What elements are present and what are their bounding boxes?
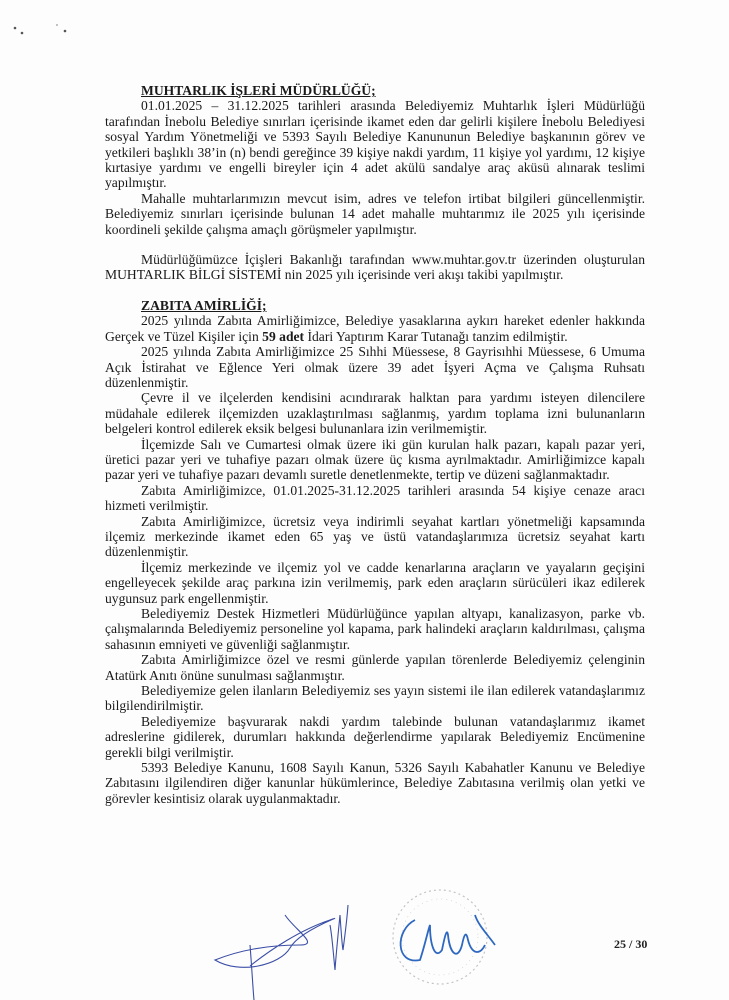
signature-2-icon [330,905,348,970]
signature-3-icon [401,915,495,960]
official-stamp-icon [393,890,487,984]
signature-1-icon [215,915,335,1000]
document-page: MUHTARLIK İŞLERİ MÜDÜRLÜĞÜ; 01.01.2025 –… [0,0,729,1000]
page-number: 25 / 30 [614,937,647,952]
signatures-and-stamp [0,0,729,1000]
